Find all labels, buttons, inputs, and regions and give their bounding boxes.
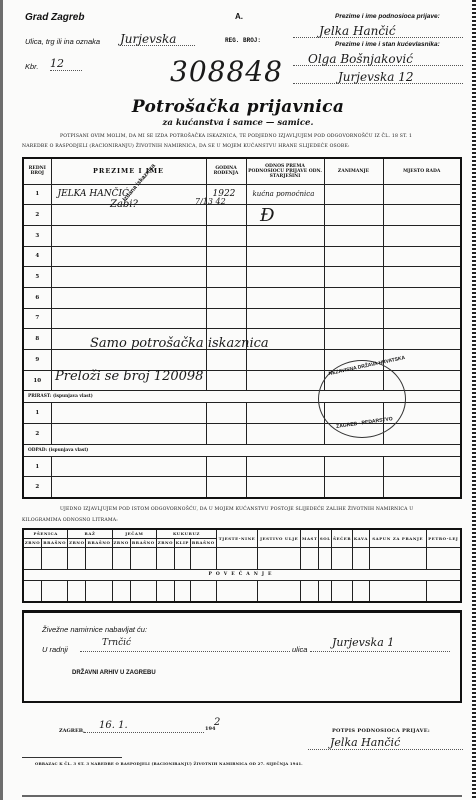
sub-header-grain: ZRNO [112,538,130,547]
place-label: ZAGREB, [59,728,85,734]
row-number: 5 [23,267,51,288]
table-row: 6 [23,287,461,308]
person-workplace [383,184,461,205]
shop-field: Trnčić [80,638,290,652]
scan-bottom-edge [22,795,462,797]
increase-label: POVEĆANJE [23,569,461,580]
city-heading: Grad Zagreb [25,12,84,23]
supply-title: Živežne namirnice nabavljat ću: [42,625,147,634]
row-number: 1 [23,456,51,477]
sub-header-grain: ZRNO [68,538,86,547]
row-number: 10 [23,370,51,391]
form-title: Potrošačka prijavnica [0,97,476,117]
row-number: 4 [23,246,51,267]
handwritten-initials: Đ [260,205,275,226]
row-number: 1 [23,403,51,424]
applicant-label: Prezime i ime podnosioca prijave: [335,13,440,20]
group-header-barley: JEČAM [112,529,156,538]
handwritten-row2-note: Zabi? [110,199,138,210]
sub-header-flour: BRAŠNO [86,538,112,547]
street-field: Jurjevska [120,32,195,46]
street-label: Ulica, trg ili ina oznaka [25,37,100,46]
intro-line-1: POTPISANI OVIM MOLIM, DA MI SE IZDA POTR… [60,134,412,139]
table-row: 2 [23,477,461,498]
owner-address-field: Jurjevska 12 [293,70,463,84]
table-row: 2 [23,424,461,445]
row-number: 7 [23,308,51,329]
stock-intro-line-1: UJEDNO IZJAVLJUJEM POD ISTOM ODGOVORNOŠĆ… [60,507,413,512]
form-subtitle: za kućanstva i samce — samice. [0,118,476,128]
owner-label: Prezime i ime i stan kućevlasnika: [335,41,440,48]
stock-values-row [23,547,461,569]
house-number-field: 12 [50,57,82,71]
group-header-rye: RAŽ [68,529,112,538]
row-number: 9 [23,350,51,371]
row-number: 2 [23,477,51,498]
footnote-rule [22,757,122,758]
row-number: 2 [23,205,51,226]
reg-number-label: REG. BROJ: [225,37,261,44]
col-header-oil: JESTIVO ULJE [258,529,301,547]
archive-stamp: DRŽAVNI ARHIV U ZAGREBU [72,670,156,676]
col-header-petroleum: PETRO-LEJ [426,529,461,547]
col-header-sugar: ŠEĆER [332,529,353,547]
col-header-coffee: KAVA [353,529,370,547]
group-header-wheat: PŠENICA [23,529,68,538]
col-header-name: PREZIME I IME [51,158,206,184]
odpad-label: ODPAD: (ispunjava vlast) [23,444,461,456]
table-row: 1 JELKA HANČIĆ 1922 kućna pomoćnica [23,184,461,205]
sub-header-grain: ZRNO [23,538,42,547]
row-number: 2 [23,424,51,445]
person-occupation [324,184,383,205]
supply-box [22,610,462,703]
form-letter: A. [235,12,243,21]
shop-street-label: ulica [292,645,307,654]
intro-line-2: NAREDBE O RASPODJELI (RACIONIRANJU) ŽIVO… [22,144,350,149]
sub-header-grain: ZRNO [156,538,174,547]
table-row: 2 [23,205,461,226]
col-header-workplace: MJESTO RADA [383,158,461,184]
date-field: 16. 1. [84,720,204,733]
col-header-relation: ODNOS PREMA PODNOSIOCU PRIJAVE ODN. STAR… [246,158,324,184]
table-row: 1 [23,456,461,477]
house-number-label: Kbr. [25,62,38,71]
shop-label: U radnji [42,645,68,654]
shop-street-field: Jurjevska 1 [310,636,450,652]
owner-name-field: Olga Bošnjaković [293,52,463,66]
signature-label: POTPIS PODNOSIOCA PRIJAVE: [332,728,430,734]
row-number: 6 [23,287,51,308]
col-header-pasta: TJESTE-NINE [216,529,257,547]
sub-header-cob: KLIP [174,538,190,547]
persons-header-row: REDNI BROJ PREZIME I IME GODINA ROĐENJA … [23,158,461,184]
group-header-corn: KUKURUZ [156,529,216,538]
footnote: OBRAZAC K ČL. 3 ST. 3 NAREDBE O RASPODJE… [35,761,303,766]
year-handwritten: 2 [214,717,220,728]
increase-values-row [23,580,461,602]
handwritten-row2-date: 7/13 42 [195,197,226,206]
col-header-number: REDNI BROJ [23,158,51,184]
applicant-field: Jelka Hančić [293,24,463,38]
table-row: 7 [23,308,461,329]
persons-table: REDNI BROJ PREZIME I IME GODINA ROĐENJA … [22,157,462,499]
col-header-salt: SOL [319,529,332,547]
signature-field: Jelka Hančić [308,736,463,750]
row-number: 1 [23,184,51,205]
handwritten-note-row10: Preloži se broj 120098 [55,369,203,384]
table-row: 3 [23,225,461,246]
document-page: Grad Zagreb Ulica, trg ili ina oznaka Ju… [0,0,476,800]
stock-table: PŠENICA RAŽ JEČAM KUKURUZ TJESTE-NINE JE… [22,528,462,603]
sub-header-flour: BRAŠNO [42,538,68,547]
sub-header-flour: BRAŠNO [190,538,216,547]
sub-header-flour: BRAŠNO [130,538,156,547]
row-number: 8 [23,329,51,350]
stock-group-header-row: PŠENICA RAŽ JEČAM KUKURUZ TJESTE-NINE JE… [23,529,461,538]
handwritten-note-row8: Samo potrošačka iskaznica [90,336,269,351]
table-row: 5 [23,267,461,288]
row-number: 3 [23,225,51,246]
reg-number-value: 308848 [170,55,283,88]
col-header-lard: MAST [301,529,319,547]
col-header-birth-year: GODINA ROĐENJA [206,158,246,184]
col-header-occupation: ZANIMANJE [324,158,383,184]
table-row: 4 [23,246,461,267]
col-header-soap: SAPUN ZA PRANJE [369,529,426,547]
odpad-section-row: ODPAD: (ispunjava vlast) [23,444,461,456]
increase-label-row: POVEĆANJE [23,569,461,580]
stock-intro-line-2: KILOGRAMIMA ODNOSNO LITRAMA: [22,518,118,523]
person-relation: kućna pomoćnica [246,184,324,205]
